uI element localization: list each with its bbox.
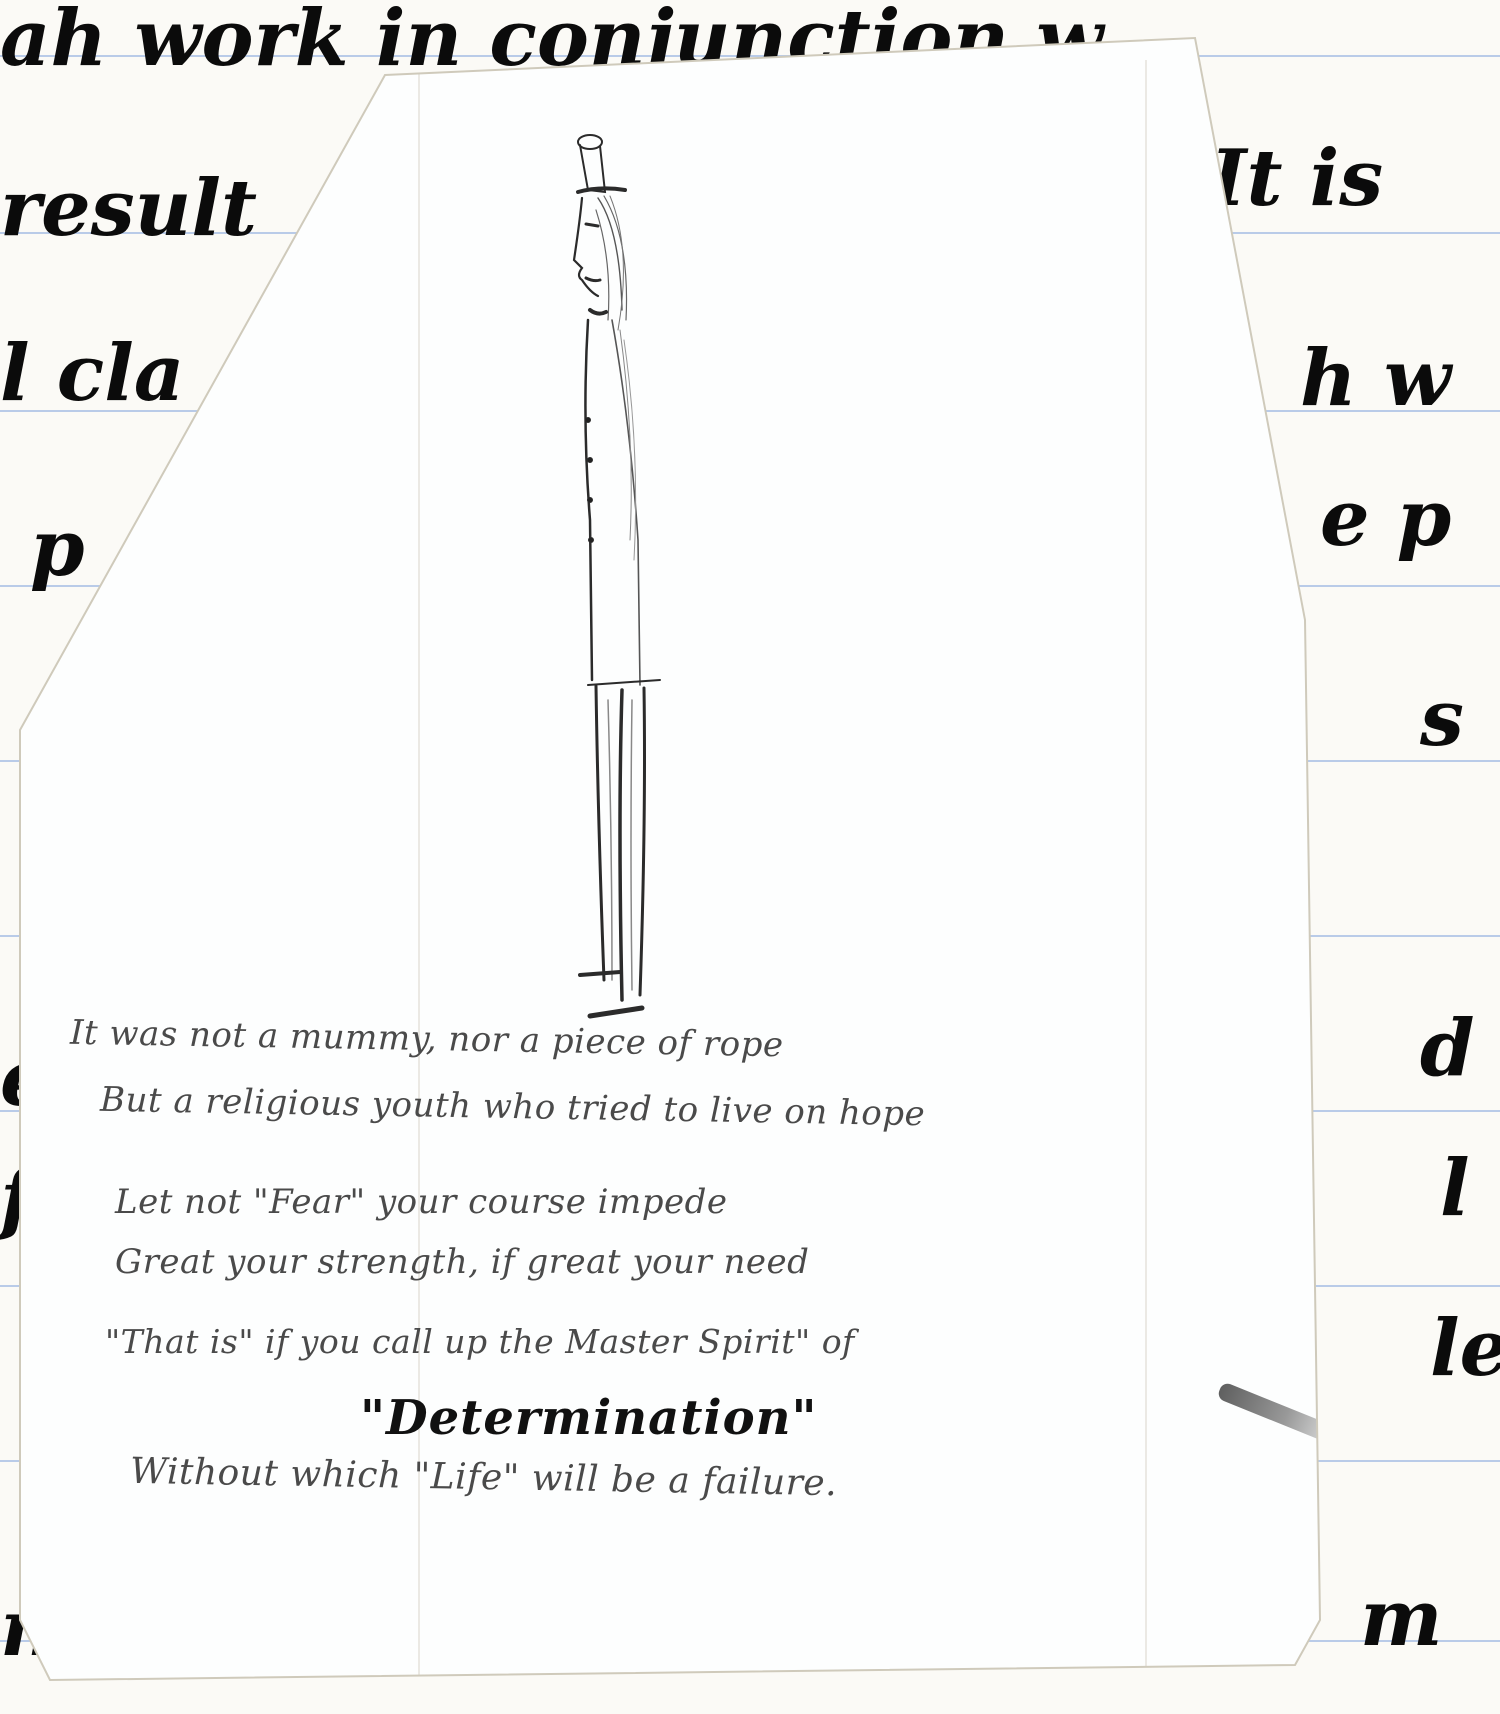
closing-line: Without which "Life" will be a failure. [130,1454,838,1502]
handwriting-fragment: le [1430,1310,1500,1388]
handwriting-fragment: e p [1320,480,1451,558]
standing-man-sketch-icon [560,120,720,1020]
handwriting-fragment: s [1420,680,1464,758]
handwriting-fragment: It is [1210,140,1383,218]
verse-line-1: It was not a mummy, nor a piece of rope [70,1016,784,1062]
handwriting-fragment: h w [1300,340,1451,418]
handwriting-fragment: l [1440,1150,1470,1228]
handwriting-fragment: m [1360,1580,1443,1658]
verse-line-2: But a religious youth who tried to live … [100,1083,926,1131]
verse-line-3: Let not "Fear" your course impede [115,1185,728,1219]
verse-line-5: "That is" if you call up the Master Spir… [105,1325,855,1358]
handwriting-fragment: d [1420,1010,1475,1088]
handwriting-fragment: p [30,510,85,588]
handwriting-fragment: result [0,170,257,248]
handwriting-fragment: l cla [0,335,184,413]
emphasis-word-determination: "Determination" [360,1390,818,1446]
verse-line-4: Great your strength, if great your need [115,1245,809,1279]
card-fold-line [1145,60,1147,1685]
